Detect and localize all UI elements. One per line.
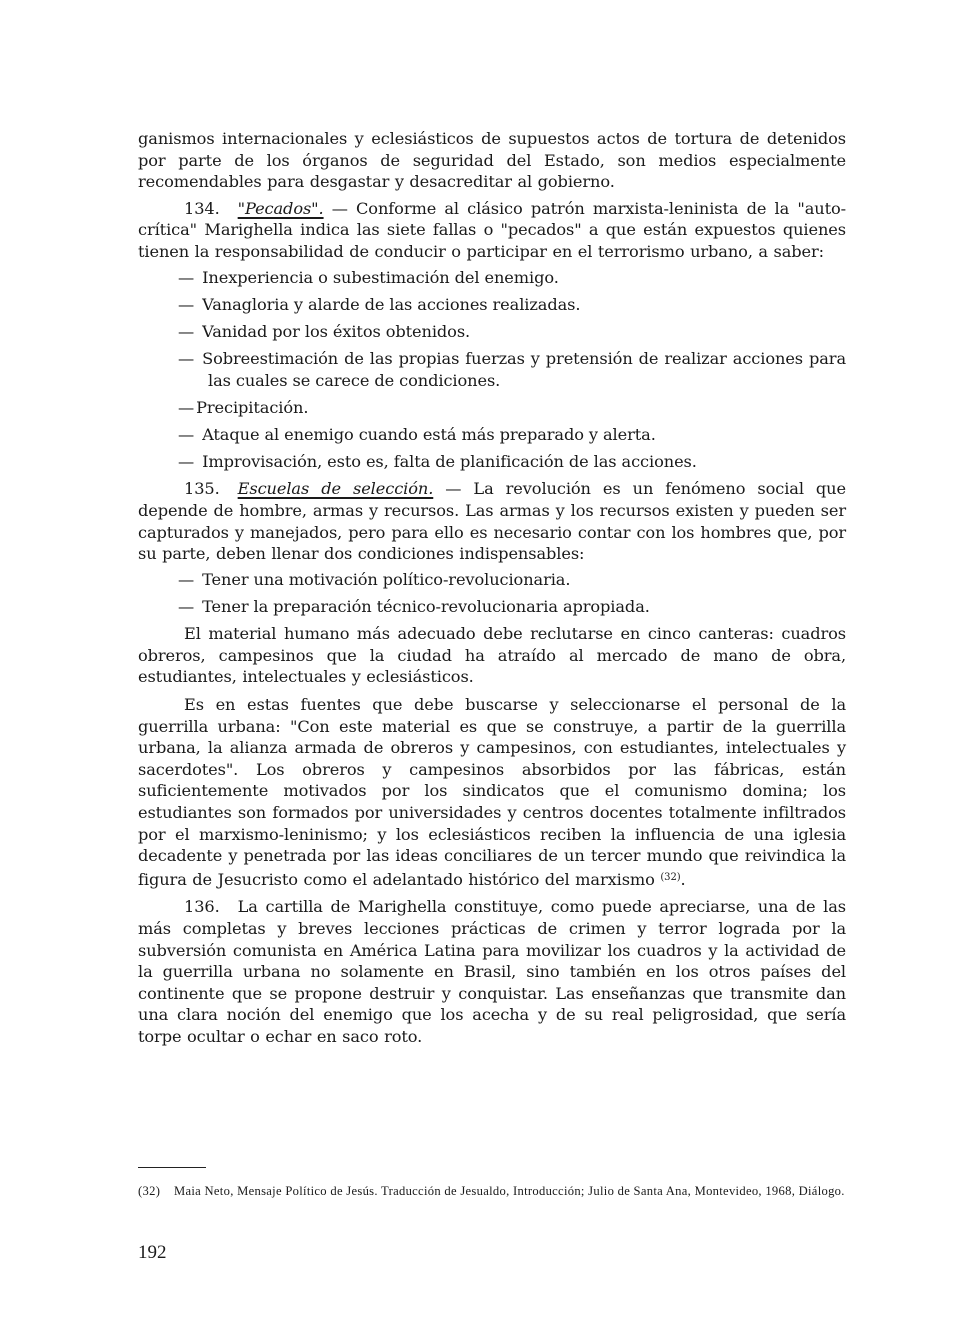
list-item: —Sobreestimación de las propias fuerzas … [138,348,846,391]
footnote-reference[interactable]: (32) [660,872,680,883]
list-item: —Tener una motivación político-revolucio… [138,569,846,591]
footnote-divider [138,1167,206,1168]
section-136-text: La cartilla de Marighella constituye, co… [138,897,846,1046]
dash: — [178,597,194,616]
conditions-list: —Tener una motivación político-revolucio… [138,569,846,618]
sins-list: —Inexperiencia o subestimación del enemi… [138,267,846,473]
section-134-number: 134. [184,199,220,218]
footnote-mark: (32) [138,1182,174,1200]
section-135-intro: 135.Escuelas de selección. — La revoluci… [138,478,846,564]
footnote-text: Maia Neto, Mensaje Político de Jesús. Tr… [174,1184,845,1198]
section-135-paragraph-3: Es en estas fuentes que debe buscarse y … [138,694,846,890]
footnote-32: (32)Maia Neto, Mensaje Político de Jesús… [138,1182,846,1200]
list-item: —Inexperiencia o subestimación del enemi… [138,267,846,289]
section-135-title: Escuelas de selección. [238,479,434,498]
dash: — [178,570,194,589]
list-item: —Ataque al enemigo cuando está más prepa… [138,424,846,446]
list-item: —Tener la preparación técnico-revolucion… [138,596,846,618]
list-item: —Improvisación, esto es, falta de planif… [138,451,846,473]
dash: — [178,295,194,314]
list-item: —Vanidad por los éxitos obtenidos. [138,321,846,343]
page-body: ganismos internacionales y eclesiásticos… [138,128,846,1048]
section-134-title: "Pecados". [238,199,324,218]
section-136-paragraph: 136.La cartilla de Marighella constituye… [138,896,846,1047]
dash: — [178,425,194,444]
dash: — [178,349,194,368]
list-item: —Vanagloria y alarde de las acciones rea… [138,294,846,316]
dash: — [178,398,194,417]
continuation-paragraph: ganismos internacionales y eclesiásticos… [138,128,846,193]
list-item: —Precipitación. [138,397,846,419]
dash: — [178,452,194,471]
section-134-intro: 134."Pecados". — Conforme al clásico pat… [138,198,846,263]
dash: — [178,322,194,341]
section-136-number: 136. [184,897,220,916]
section-135-paragraph-2: El material humano más adecuado debe rec… [138,623,846,688]
dash: — [178,268,194,287]
section-135-number: 135. [184,479,220,498]
page-number: 192 [138,1242,167,1264]
